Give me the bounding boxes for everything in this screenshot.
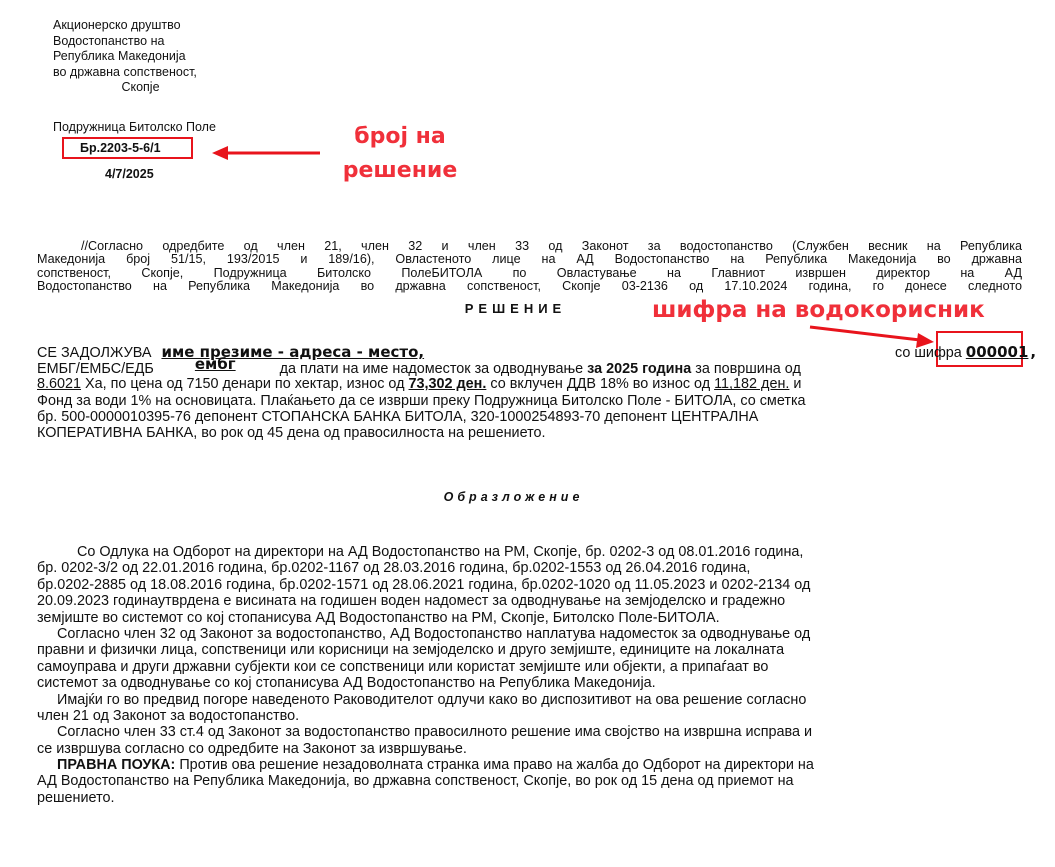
decision-line-6: КОПЕРАТИВНА БАНКА, во рок од 45 дена од … [37, 425, 1037, 441]
preamble-line: Македонија број 51/15, 193/2015 и 189/16… [37, 253, 1022, 266]
user-code-group: со шифра000001, [895, 344, 1036, 361]
organization-header: Акционерско друштво Водостопанство на Ре… [53, 18, 253, 96]
decision-text: и [789, 376, 801, 392]
org-line: Република Македонија [53, 49, 253, 65]
decision-text: да плати на име надоместок за одводнувањ… [280, 361, 588, 377]
org-city: Скопје [53, 80, 228, 96]
org-line: во државна сопственост, [53, 65, 253, 81]
area-value: 8.6021 [37, 376, 81, 392]
decision-text: со вклучен ДДВ 18% во износ од [486, 376, 714, 392]
branch-name: Подружница Битолско Поле [53, 120, 216, 134]
explanation-line: самоуправа и други државни субјекти кои … [37, 659, 1037, 675]
decision-year: за 2025 година [587, 361, 691, 377]
preamble-paragraph: //Согласно одредбите од член 21, член 32… [37, 240, 1022, 293]
explanation-line: земјиште во системот со кој стопанисува … [37, 610, 1037, 626]
explanation-line: Со Одлука на Одборот на директори на АД … [37, 544, 1037, 560]
annotation-line: решение [325, 154, 475, 188]
legal-notice-text: решението. [37, 790, 1037, 806]
explanation-line: бр. 0202-3/2 од 22.01.2016 година, бр.02… [37, 560, 1037, 576]
explanation-line: бр.0202-2885 од 18.08.2016 година, бр.02… [37, 577, 1037, 593]
explanation-body: Со Одлука на Одборот на директори на АД … [37, 544, 1037, 806]
explanation-line: Имајќи го во предвид погоре наведеното Р… [37, 692, 1037, 708]
doc-number: Бр.2203-5-6/1 [80, 141, 161, 155]
annotation-line: број на [325, 120, 475, 154]
doc-date: 4/7/2025 [105, 167, 154, 181]
id-placeholder: ембг [195, 355, 236, 373]
legal-notice-text: Против ова решение незадоволната странка… [175, 757, 814, 773]
vat-value: 11,182 ден. [714, 376, 789, 392]
decision-line-2: ЕМБГ/ЕМБС/ЕДБ ембг да плати на име надом… [37, 360, 1037, 376]
doc-number-annotation: број на решение [325, 120, 475, 188]
legal-notice-label: ПРАВНА ПОУКА: [57, 757, 175, 773]
legal-notice-text: АД Водостопанство на Република Македониј… [37, 773, 1037, 789]
explanation-line: 20.09.2023 годинаутврдена е висината на … [37, 593, 1037, 609]
explanation-line: системот за одводнување со кој стопанису… [37, 675, 1037, 691]
explanation-title-text: Образложение [444, 490, 584, 504]
preamble-line: Водостопанство на Република Македонија в… [37, 280, 1022, 293]
explanation-line: Согласно член 33 ст.4 од Законот за водо… [37, 724, 1037, 740]
decision-text: за површина од [691, 361, 801, 377]
code-prefix: со шифра [895, 345, 962, 361]
explanation-line: правни и физички лица, сопственици или к… [37, 642, 1037, 658]
decision-title-text: РЕШЕНИЕ [465, 301, 566, 316]
preamble-line: сопственост, Скопје, Подружница Битолско… [37, 267, 1022, 280]
amount-value: 73,302 ден. [409, 376, 487, 392]
decision-text: Ха, по цена од 7150 денари по хектар, из… [81, 376, 409, 392]
user-code-value: 000001 [966, 343, 1029, 361]
decision-line-1: СЕ ЗАДОЛЖУВА име презиме - адреса - мест… [37, 344, 1037, 360]
decision-body: СЕ ЗАДОЛЖУВА име презиме - адреса - мест… [37, 344, 1037, 441]
decision-title: РЕШЕНИЕ [0, 301, 1055, 316]
explanation-line: се извршува согласно со одредбите на Зак… [37, 741, 1037, 757]
preamble-line: //Согласно одредбите од член 21, член 32… [81, 239, 1022, 253]
id-label: ЕМБГ/ЕМБС/ЕДБ [37, 361, 154, 377]
decision-line-4: Фонд за води 1% на основицата. Плаќањето… [37, 393, 1037, 409]
org-line: Водостопанство на [53, 34, 253, 50]
obliges-label: СЕ ЗАДОЛЖУВА [37, 345, 151, 361]
explanation-line: член 21 од Законот за водостопанство. [37, 708, 1037, 724]
explanation-title: Образложение [0, 490, 1055, 504]
code-suffix: , [1030, 343, 1036, 361]
decision-line-5: бр. 500-0000010395-76 депонент СТОПАНСКА… [37, 409, 1037, 425]
explanation-line: Согласно член 32 од Законот за водостопа… [37, 626, 1037, 642]
legal-notice-line: ПРАВНА ПОУКА: Против ова решение незадов… [37, 757, 1037, 773]
decision-line-3: 8.6021 Ха, по цена од 7150 денари по хек… [37, 376, 1037, 392]
org-line: Акционерско друштво [53, 18, 253, 34]
arrow-icon [212, 146, 320, 160]
